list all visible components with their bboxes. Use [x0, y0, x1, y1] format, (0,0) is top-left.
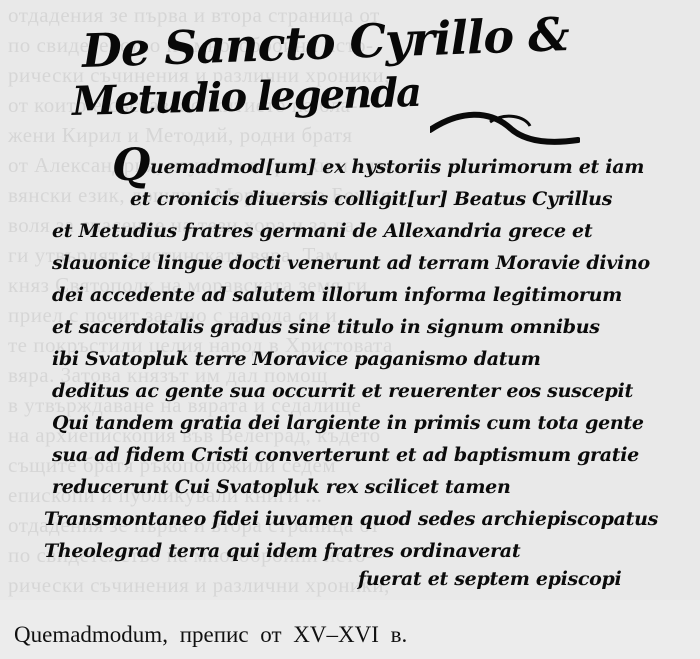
title-flourish-icon: [430, 110, 580, 150]
manuscript-line: sua ad fidem Cristi converterunt et ad b…: [52, 444, 639, 466]
manuscript-line: Qui tandem gratia dei largiente in primi…: [52, 412, 644, 434]
manuscript-title-line-1: De Sancto Cyrillo &: [81, 7, 569, 78]
manuscript-line: ibi Svatopluk terre Moravice paganismo d…: [52, 348, 541, 370]
manuscript-line: et cronicis diuersis colligit[ur] Beatus…: [130, 188, 612, 210]
manuscript-line: et Metudius fratres germani de Allexandr…: [52, 220, 592, 242]
manuscript-title-line-2: Metudio legenda: [71, 69, 420, 125]
manuscript-line: Transmontaneo fidei iuvamen quod sedes a…: [44, 508, 658, 530]
manuscript-image: De Sancto Cyrillo & Metudio legenda Q ue…: [0, 0, 700, 600]
manuscript-line: uemadmod[um] ex hystoriis plurimorum et …: [150, 156, 644, 178]
manuscript-line: fuerat et septem episcopi: [358, 568, 621, 590]
figure-caption: Quemadmodum, препис от XV–XVI в.: [14, 622, 407, 648]
decorated-initial: Q: [112, 140, 150, 191]
manuscript-line: Theolegrad terra qui idem fratres ordina…: [44, 540, 520, 562]
manuscript-line: dei accedente ad salutem illorum informa…: [52, 284, 622, 306]
manuscript-line: deditus ac gente sua occurrit et reueren…: [52, 380, 633, 402]
manuscript-line: slauonice lingue docti venerunt ad terra…: [52, 252, 650, 274]
manuscript-line: reducerunt Cui Svatopluk rex scilicet ta…: [52, 476, 510, 498]
manuscript-line: et sacerdotalis gradus sine titulo in si…: [52, 316, 600, 338]
document-page: отдадения зе първа и вторa страница от п…: [0, 0, 700, 659]
